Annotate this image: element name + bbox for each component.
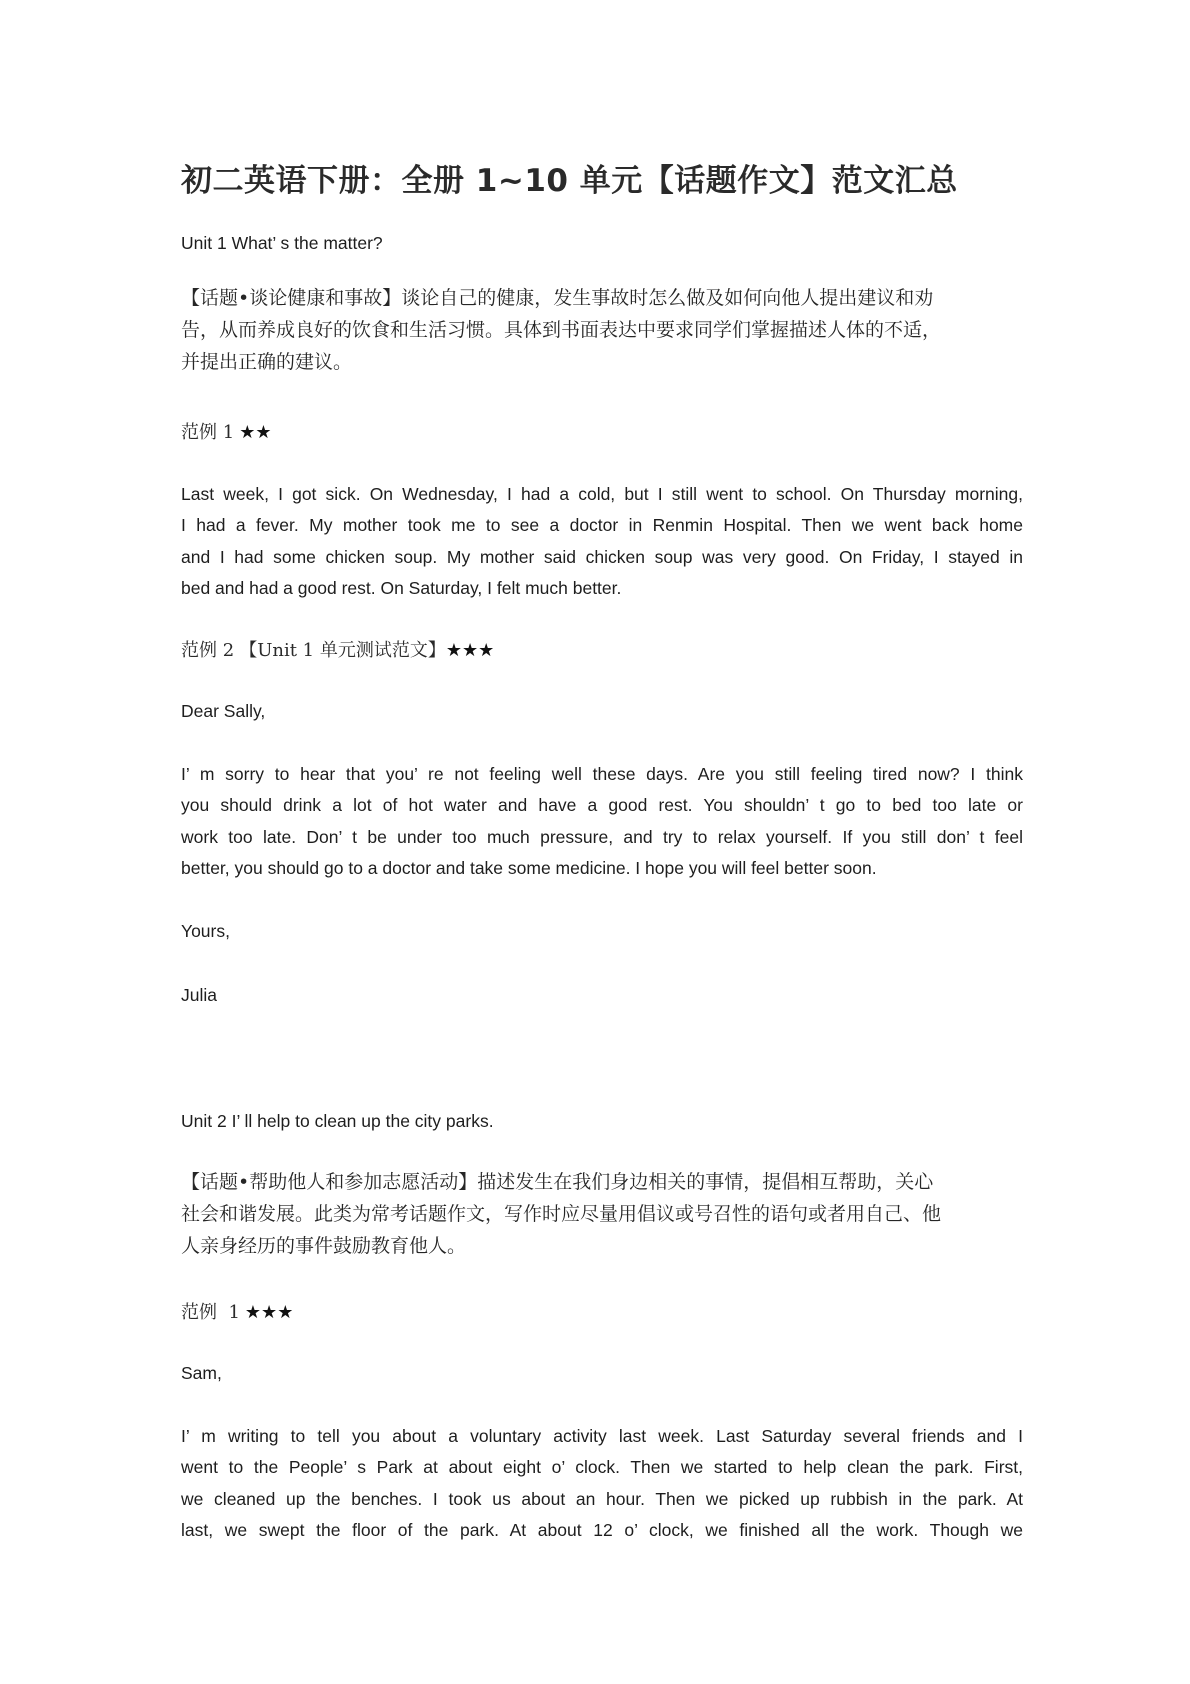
document-page: 初二英语下册：全册 1~10 单元【话题作文】范文汇总 Unit 1 What’… xyxy=(0,0,1190,1684)
unit1-heading: Unit 1 What’ s the matter? xyxy=(181,233,1023,254)
paragraph-line: you should drink a lot of hot water and … xyxy=(181,790,1023,821)
example-label: 范例 1 xyxy=(181,422,234,443)
document-title: 初二英语下册：全册 1~10 单元【话题作文】范文汇总 xyxy=(181,155,1023,200)
unit2-topic-description: 【话题•帮助他人和参加志愿活动】描述发生在我们身边相关的事情，提倡相互帮助，关心… xyxy=(181,1167,1023,1262)
paragraph-line: work too late. Don’ t be under too much … xyxy=(181,822,1023,853)
paragraph-line: I had a fever. My mother took me to see … xyxy=(181,510,1023,541)
star-rating-icon: ★★ xyxy=(239,422,271,443)
topic-line: 【话题•谈论健康和事故】谈论自己的健康，发生事故时怎么做及如何向他人提出建议和劝 xyxy=(181,283,1023,315)
example-tag: 【Unit 1 单元测试范文】 xyxy=(239,640,446,661)
topic-line: 【话题•帮助他人和参加志愿活动】描述发生在我们身边相关的事情，提倡相互帮助，关心 xyxy=(181,1167,1023,1199)
letter-salutation: Dear Sally, xyxy=(181,701,1023,722)
paragraph-line: I’ m sorry to hear that you’ re not feel… xyxy=(181,759,1023,790)
topic-line: 告，从而养成良好的饮食和生活习惯。具体到书面表达中要求同学们掌握描述人体的不适， xyxy=(181,315,1023,347)
unit1-example2-text: I’ m sorry to hear that you’ re not feel… xyxy=(181,759,1023,884)
star-rating-icon: ★★★ xyxy=(446,640,494,661)
unit1-topic-description: 【话题•谈论健康和事故】谈论自己的健康，发生事故时怎么做及如何向他人提出建议和劝… xyxy=(181,283,1023,378)
star-rating-icon: ★★★ xyxy=(245,1302,293,1323)
paragraph-line: and I had some chicken soup. My mother s… xyxy=(181,542,1023,573)
paragraph-line: bed and had a good rest. On Saturday, I … xyxy=(181,573,1023,604)
letter-closing: Yours, xyxy=(181,921,1023,942)
paragraph-line: went to the People’ s Park at about eigh… xyxy=(181,1452,1023,1483)
paragraph-line: Last week, I got sick. On Wednesday, I h… xyxy=(181,479,1023,510)
paragraph-line: I’ m writing to tell you about a volunta… xyxy=(181,1421,1023,1452)
topic-line: 并提出正确的建议。 xyxy=(181,347,1023,379)
letter-signature: Julia xyxy=(181,985,1023,1006)
unit2-example1-label: 范例 1 ★★★ xyxy=(181,1298,1023,1324)
letter-salutation: Sam, xyxy=(181,1363,1023,1384)
unit1-example2-label: 范例 2 【Unit 1 单元测试范文】★★★ xyxy=(181,636,1023,662)
paragraph-line: better, you should go to a doctor and ta… xyxy=(181,853,1023,884)
example-label: 范例 1 xyxy=(181,1302,240,1323)
unit2-example1-text: I’ m writing to tell you about a volunta… xyxy=(181,1421,1023,1546)
paragraph-line: we cleaned up the benches. I took us abo… xyxy=(181,1484,1023,1515)
example-label: 范例 2 xyxy=(181,640,234,661)
topic-line: 人亲身经历的事件鼓励教育他人。 xyxy=(181,1231,1023,1263)
unit1-example1-text: Last week, I got sick. On Wednesday, I h… xyxy=(181,479,1023,604)
topic-line: 社会和谐发展。此类为常考话题作文，写作时应尽量用倡议或号召性的语句或者用自己、他 xyxy=(181,1199,1023,1231)
unit2-heading: Unit 2 I’ ll help to clean up the city p… xyxy=(181,1111,1023,1132)
paragraph-line: last, we swept the floor of the park. At… xyxy=(181,1515,1023,1546)
unit1-example1-label: 范例 1 ★★ xyxy=(181,418,1023,444)
